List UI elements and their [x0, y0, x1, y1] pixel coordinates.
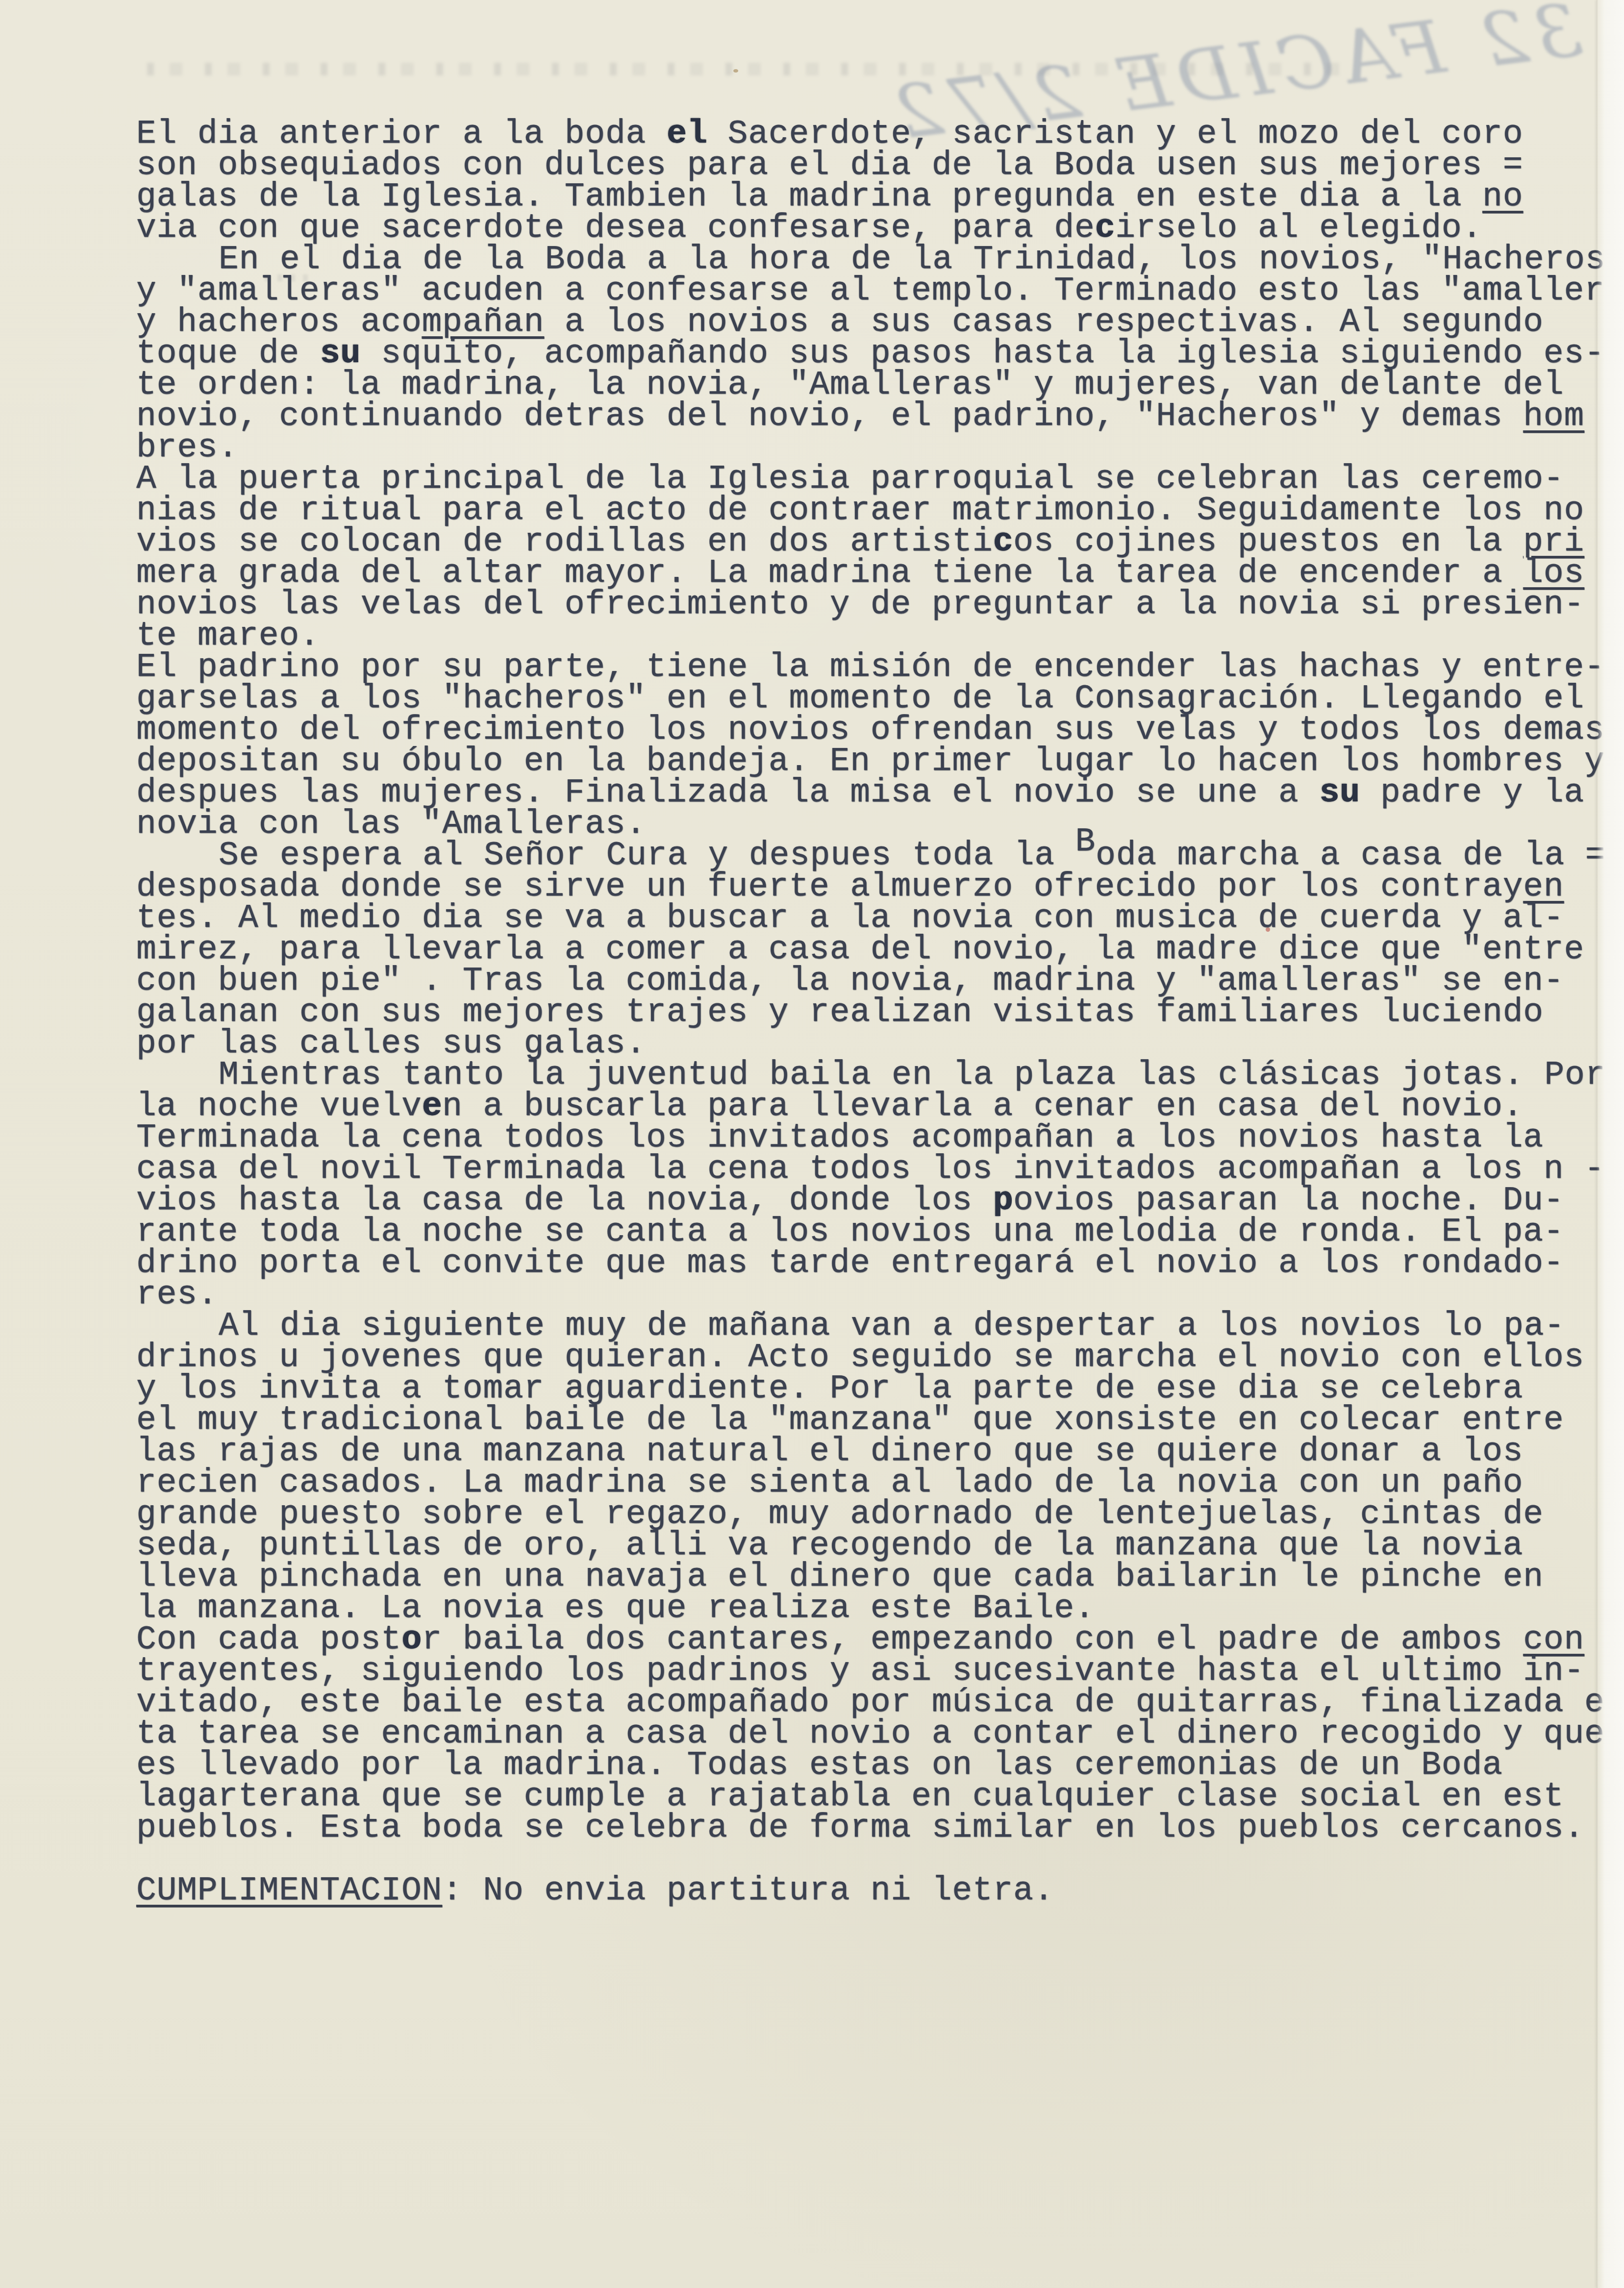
- underlined-text: no: [1482, 178, 1523, 216]
- typewritten-line: toque de su squito, acompañando sus paso…: [136, 338, 1624, 370]
- text-segment: padre y la: [1360, 774, 1584, 812]
- paper-speck: [733, 69, 738, 73]
- typewritten-line: nias de ritual para el acto de contraer …: [136, 495, 1624, 526]
- typewritten-line: Se espera al Señor Cura y despues toda l…: [136, 840, 1624, 871]
- typewritten-line: depositan su óbulo en la bandeja. En pri…: [136, 746, 1624, 777]
- text-segment: B: [1075, 823, 1096, 861]
- underlined-text: CUMPLIMENTACION: [136, 1872, 442, 1910]
- typewritten-line: lleva pinchada en una navaja el dinero q…: [136, 1562, 1624, 1593]
- typewritten-line: momento del ofrecimiento los novios ofre…: [136, 715, 1624, 746]
- typewritten-line: grande puesto sobre el regazo, muy adorn…: [136, 1499, 1624, 1530]
- scanned-typewritten-page: 32 FACIDE 2/72 El dia anterior a la boda…: [0, 0, 1624, 2288]
- typewritten-line: vios hasta la casa de la novia, donde lo…: [136, 1185, 1624, 1217]
- typewritten-line: mera grada del altar mayor. La madrina t…: [136, 558, 1624, 589]
- typewritten-line: drino porta el convite que mas tarde ent…: [136, 1248, 1624, 1279]
- faded-type-remnants: [147, 63, 1348, 75]
- typewritten-line: y "amalleras" acuden a confesarse al tem…: [136, 275, 1624, 307]
- typewritten-line: y los invita a tomar aguardiente. Por la…: [136, 1373, 1624, 1405]
- typewritten-line: Al dia siguiente muy de mañana van a des…: [136, 1311, 1624, 1342]
- typewritten-line: recien casados. La madrina se sienta al …: [136, 1467, 1624, 1499]
- typewritten-line: casa del novil Terminada la cena todos l…: [136, 1154, 1624, 1185]
- underlined-text: hom: [1523, 398, 1584, 435]
- typewritten-line: tes. Al medio dia se va a buscar a la no…: [136, 903, 1624, 934]
- typewritten-line: novio, continuando detras del novio, el …: [136, 401, 1624, 432]
- typewritten-line: via con que sacerdote desea confesarse, …: [136, 213, 1624, 244]
- text-segment: res.: [136, 1276, 218, 1314]
- typewritten-line: trayentes, siguiendo los padrinos y asi …: [136, 1656, 1624, 1687]
- text-segment: novio, continuando detras del novio, el …: [136, 398, 1523, 435]
- typewritten-line: lagarterana que se cumple a rajatabla en…: [136, 1781, 1624, 1813]
- typewritten-line: novia con las "Amalleras.: [136, 809, 1624, 840]
- typewritten-line: A la puerta principal de la Iglesia parr…: [136, 464, 1624, 495]
- typewritten-line: vios se colocan de rodillas en dos artis…: [136, 526, 1624, 558]
- typewritten-line: Terminada la cena todos los invitados ac…: [136, 1122, 1624, 1154]
- typewritten-line: garselas a los "hacheros" en el momento …: [136, 683, 1624, 715]
- typewritten-line: la noche vuelven a buscarla para llevarl…: [136, 1091, 1624, 1122]
- typewritten-line: seda, puntillas de oro, alli va recogend…: [136, 1530, 1624, 1562]
- typewritten-line: galas de la Iglesia. Tambien la madrina …: [136, 181, 1624, 213]
- typewritten-line: ta tarea se encaminan a casa del novio a…: [136, 1718, 1624, 1750]
- overstruck-text: su: [1319, 774, 1360, 812]
- typewritten-line: y hacheros acompañan a los novios a sus …: [136, 307, 1624, 338]
- typewritten-line: El padrino por su parte, tiene la misión…: [136, 652, 1624, 683]
- typewritten-line: novios las velas del ofrecimiento y de p…: [136, 589, 1624, 621]
- typewritten-line: Con cada postor baila dos cantares, empe…: [136, 1624, 1624, 1656]
- typewritten-line: con buen pie" . Tras la comida, la novia…: [136, 966, 1624, 997]
- text-segment: pueblos. Esta boda se celebra de forma s…: [136, 1809, 1584, 1847]
- typewritten-line: El dia anterior a la boda el Sacerdote, …: [136, 119, 1624, 150]
- text-segment: novios las velas del ofrecimiento y de p…: [136, 586, 1584, 623]
- typewritten-line: el muy tradicional baile de la "manzana"…: [136, 1405, 1624, 1436]
- typewritten-line: galanan con sus mejores trajes y realiza…: [136, 997, 1624, 1028]
- typewritten-line: drinos u jovenes que quieran. Acto segui…: [136, 1342, 1624, 1373]
- typewritten-line: las rajas de una manzana natural el dine…: [136, 1436, 1624, 1467]
- typewritten-line: son obsequiados con dulces para el dia d…: [136, 150, 1624, 181]
- typewritten-line: pueblos. Esta boda se celebra de forma s…: [136, 1813, 1624, 1844]
- typewritten-line: te mareo.: [136, 621, 1624, 652]
- typewritten-line: te orden: la madrina, la novia, "Amaller…: [136, 370, 1624, 401]
- typewritten-line: bres.: [136, 432, 1624, 464]
- typewritten-line: CUMPLIMENTACION: No envia partitura ni l…: [136, 1875, 1624, 1907]
- typewritten-text: El dia anterior a la boda el Sacerdote, …: [136, 119, 1624, 1907]
- typewritten-line: res.: [136, 1279, 1624, 1311]
- scanner-edge-strip: [1597, 0, 1624, 2288]
- typewritten-line: En el dia de la Boda a la hora de la Tri…: [136, 244, 1624, 275]
- typewritten-line: [136, 1844, 1624, 1875]
- typewritten-line: por las calles sus galas.: [136, 1028, 1624, 1060]
- typewritten-line: la manzana. La novia es que realiza este…: [136, 1593, 1624, 1624]
- typewritten-line: Mientras tanto la juventud baila en la p…: [136, 1060, 1624, 1091]
- typewritten-line: rante toda la noche se canta a los novio…: [136, 1217, 1624, 1248]
- typewritten-line: desposada donde se sirve un fuerte almue…: [136, 871, 1624, 903]
- typewritten-line: vitado, este baile esta acompañado por m…: [136, 1687, 1624, 1718]
- text-segment: drino porta el convite que mas tarde ent…: [136, 1244, 1564, 1282]
- text-segment: : No envia partitura ni letra.: [442, 1872, 1054, 1910]
- typewritten-line: mirez, para llevarla a comer a casa del …: [136, 934, 1624, 966]
- typewritten-line: es llevado por la madrina. Todas estas o…: [136, 1750, 1624, 1781]
- typewritten-line: despues las mujeres. Finalizada la misa …: [136, 777, 1624, 809]
